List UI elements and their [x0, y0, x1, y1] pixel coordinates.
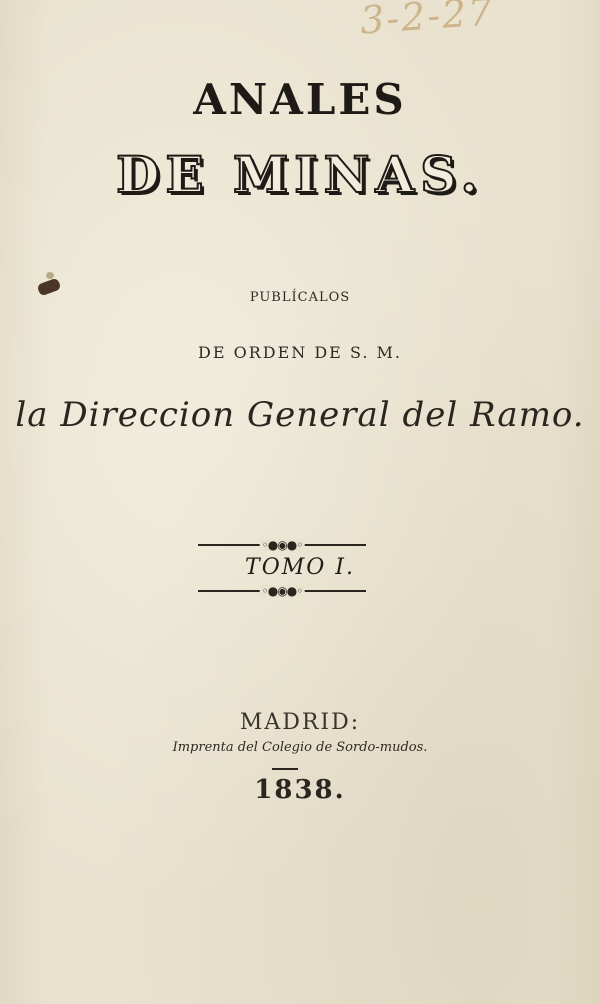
scanned-page: 3-2-27 ANALES DE MINAS. PUBLÍCALOS DE OR… [0, 0, 600, 1004]
imprint-year: 1838. [0, 775, 600, 805]
publisher-line-3: la Direccion General del Ramo. [0, 395, 600, 435]
short-divider [272, 768, 298, 770]
ornament-icon: ◦●◉●◦ [260, 539, 305, 551]
ornamental-rule-bottom: ◦●◉●◦ [198, 586, 366, 596]
ornamental-rule-top: ◦●◉●◦ [198, 540, 366, 550]
imprint-printer: Imprenta del Colegio de Sordo-mudos. [0, 740, 600, 755]
imprint-place: MADRID: [0, 710, 600, 735]
handwritten-annotation: 3-2-27 [359, 0, 496, 43]
volume-label: TOMO I. [0, 555, 600, 580]
publisher-line-2: DE ORDEN DE S. M. [0, 343, 600, 362]
publisher-line-1: PUBLÍCALOS [0, 290, 600, 305]
title-line-2: DE MINAS. [0, 145, 600, 204]
title-line-1: ANALES [0, 75, 600, 124]
ornament-icon: ◦●◉●◦ [260, 585, 305, 597]
